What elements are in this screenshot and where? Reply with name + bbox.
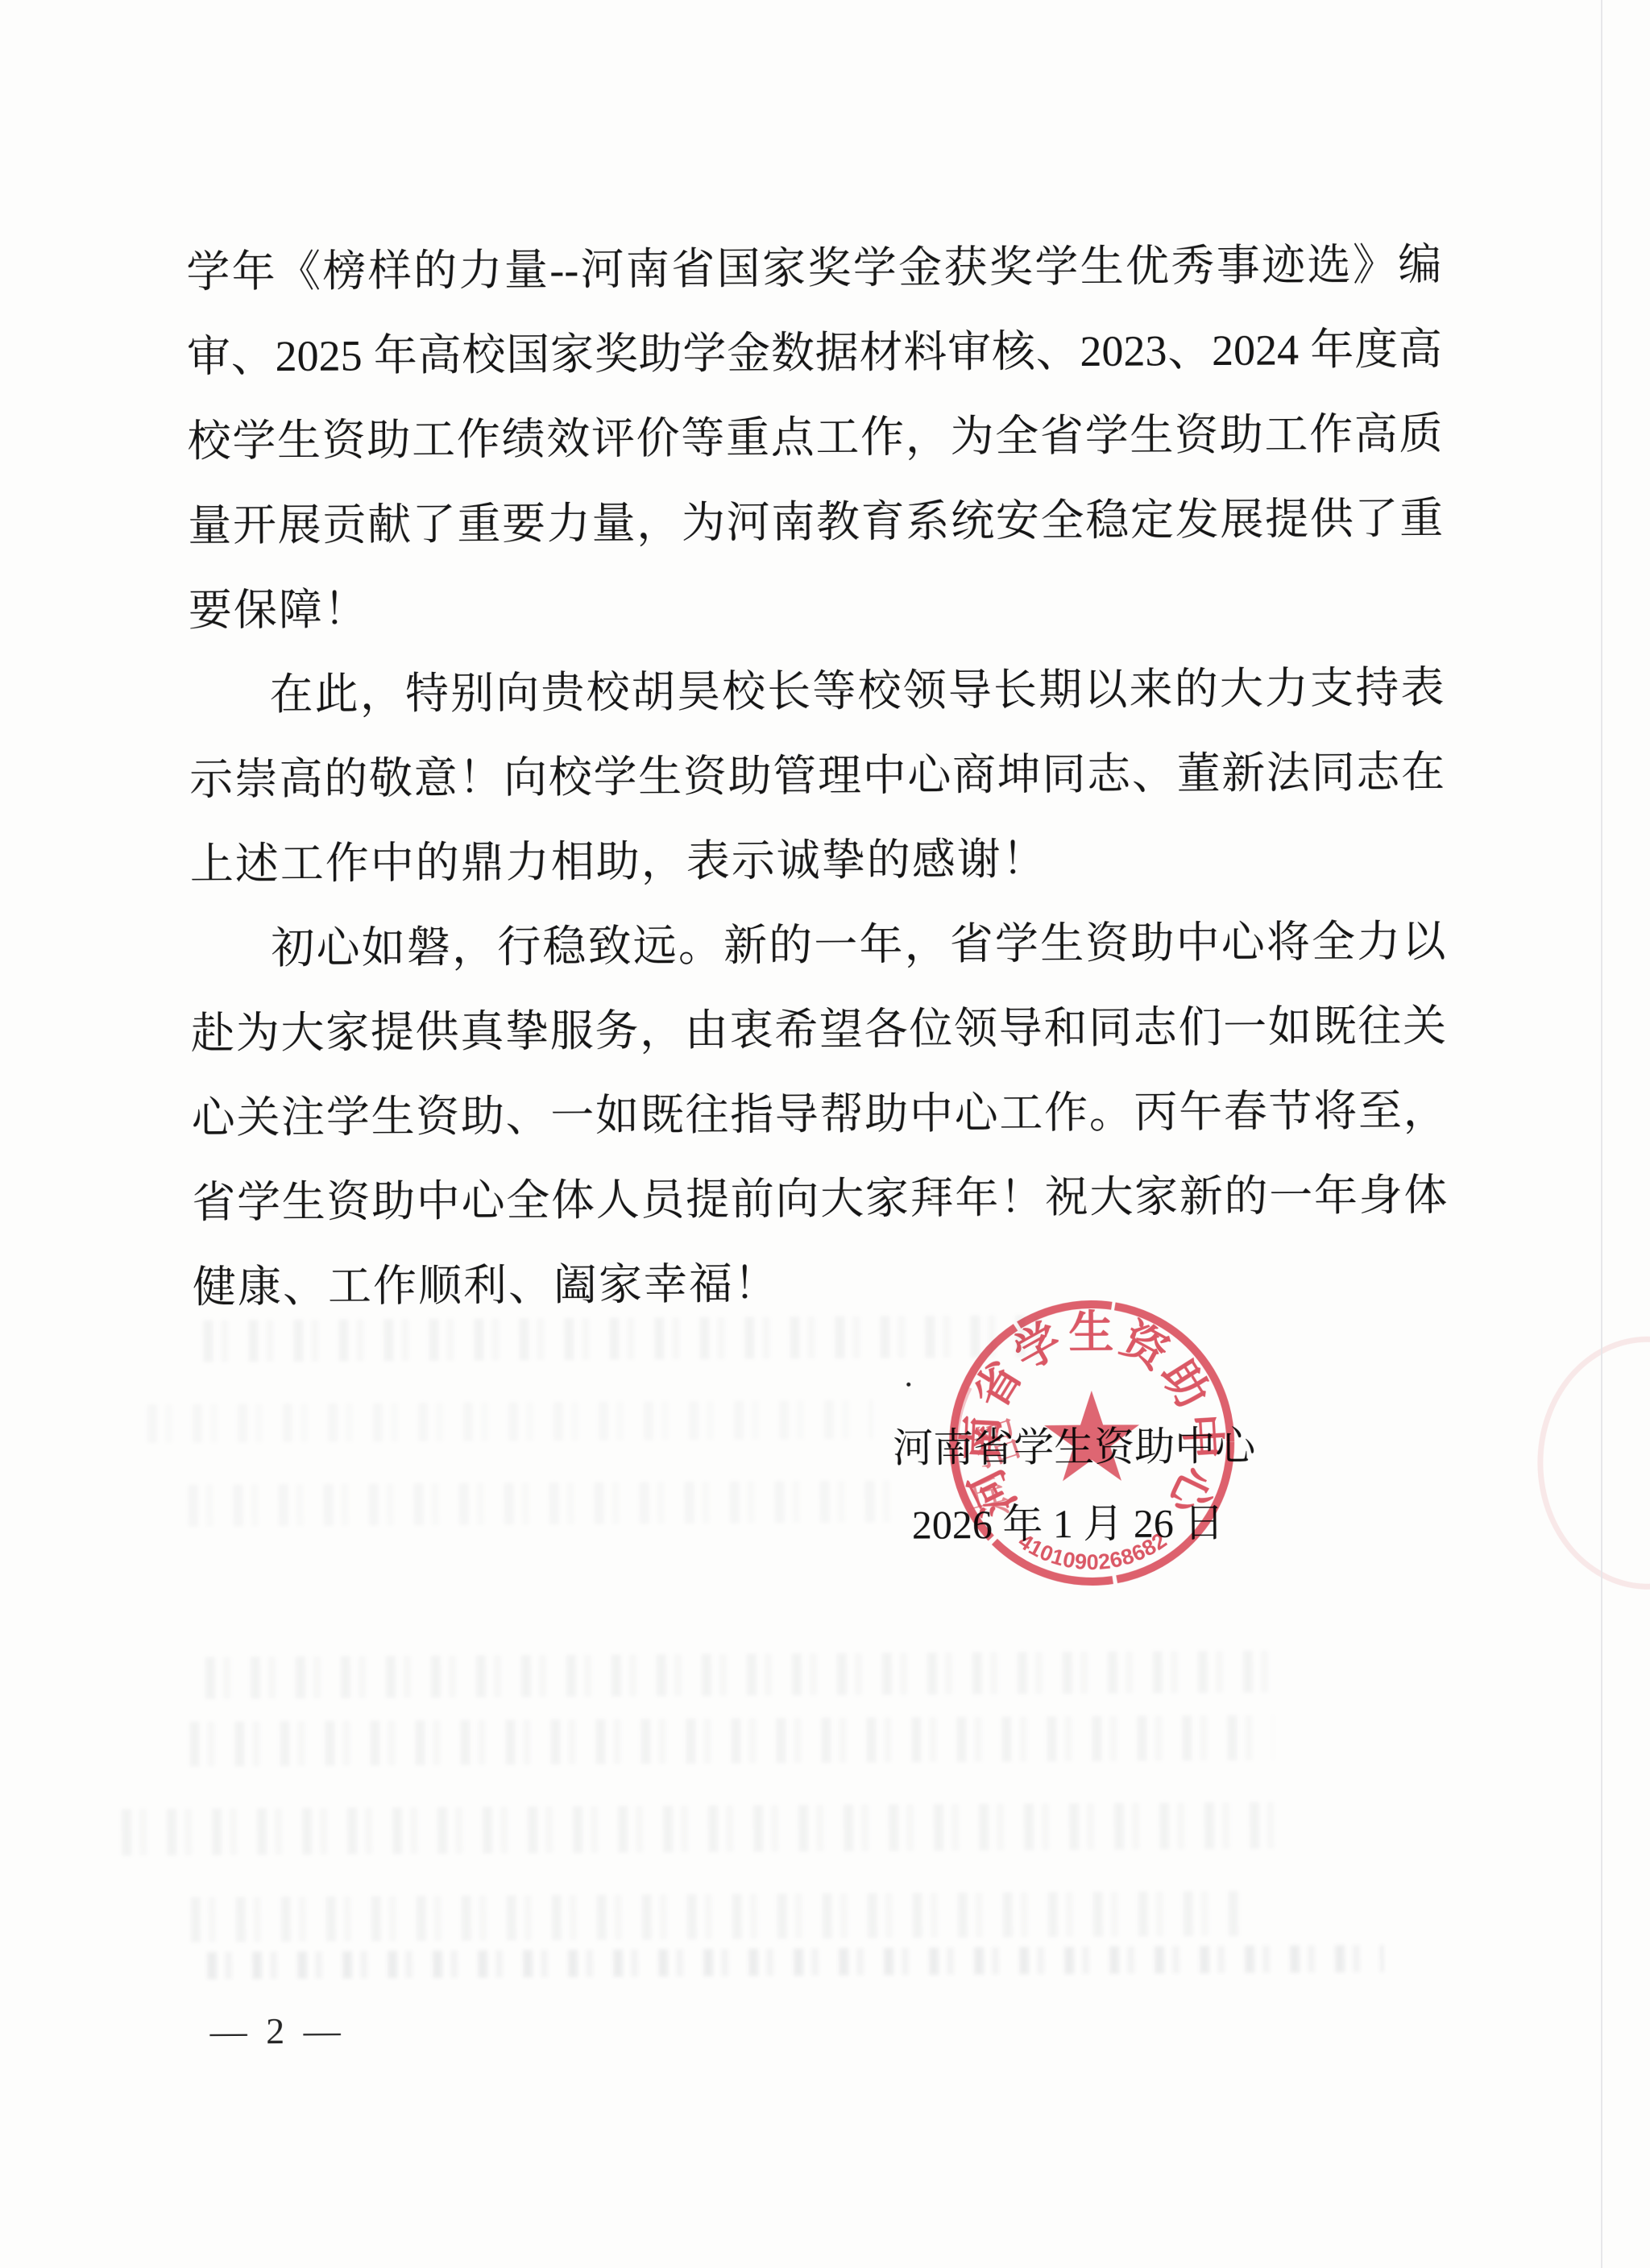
scan-edge-line bbox=[1601, 0, 1602, 2268]
body-text-line: 上述工作中的鼎力相助，表示诚挚的感谢！ bbox=[190, 828, 1445, 893]
body-text-line: 审、2025 年高校国家奖助学金数据材料审核、2023、2024 年度高 bbox=[187, 321, 1442, 385]
seal-arc-char: 中 bbox=[1175, 1412, 1227, 1461]
scanned-letter-page: 学年《榜样的力量--河南省国家奖学金获奖学生优秀事迹选》编 审、2025 年高校… bbox=[0, 0, 1650, 2268]
page-number: — 2 — bbox=[209, 2009, 345, 2053]
ghost-bleed-row bbox=[207, 1945, 1383, 1980]
body-text-line: 校学生资助工作绩效评价等重点工作，为全省学生资助工作高质 bbox=[187, 405, 1442, 470]
ghost-bleed-row bbox=[191, 1891, 1238, 1943]
official-seal: 河南省学生资助中心4101090268682招兵 bbox=[922, 1273, 1262, 1614]
body-text-line: 心关注学生资助、一如既往指导帮助中心工作。丙午春节将至， bbox=[192, 1082, 1447, 1146]
ghost-bleed-row bbox=[122, 1802, 1274, 1856]
body-text-line: 在此，特别向贵校胡昊校长等校领导长期以来的大力支持表 bbox=[189, 659, 1444, 724]
body-text-line: 学年《榜样的力量--河南省国家奖学金获奖学生优秀事迹选》编 bbox=[186, 236, 1441, 301]
seal-star-icon bbox=[1044, 1391, 1140, 1482]
body-text-line: 示崇高的敬意！向校学生资助管理中心商坤同志、董新法同志在 bbox=[189, 744, 1445, 808]
ghost-bleed-row bbox=[189, 1715, 1273, 1767]
body-text-line: 初心如磐，行稳致远。新的一年，省学生资助中心将全力以 bbox=[190, 913, 1445, 977]
body-text-line: 省学生资助中心全体人员提前向大家拜年！祝大家新的一年身体 bbox=[192, 1167, 1447, 1231]
ghost-bleed-row bbox=[147, 1400, 873, 1443]
seal-arc-char: 生 bbox=[1068, 1308, 1113, 1358]
ghost-bleed-row bbox=[203, 1315, 1041, 1362]
signature-dot: · bbox=[903, 1366, 914, 1404]
page-content: 学年《榜样的力量--河南省国家奖学金获奖学生优秀事迹选》编 审、2025 年高校… bbox=[0, 0, 1650, 2268]
body-text-line: 赴为大家提供真挚服务，由衷希望各位领导和同志们一如既往关 bbox=[191, 997, 1446, 1062]
ghost-bleed-row bbox=[205, 1651, 1277, 1699]
faint-ghost-seal bbox=[1536, 1336, 1650, 1590]
body-text-line: 要保障！ bbox=[189, 574, 1444, 639]
body-text-line: 量开展贡献了重要力量，为河南教育系统安全稳定发展提供了重 bbox=[188, 490, 1443, 554]
ghost-bleed-row bbox=[189, 1480, 898, 1526]
